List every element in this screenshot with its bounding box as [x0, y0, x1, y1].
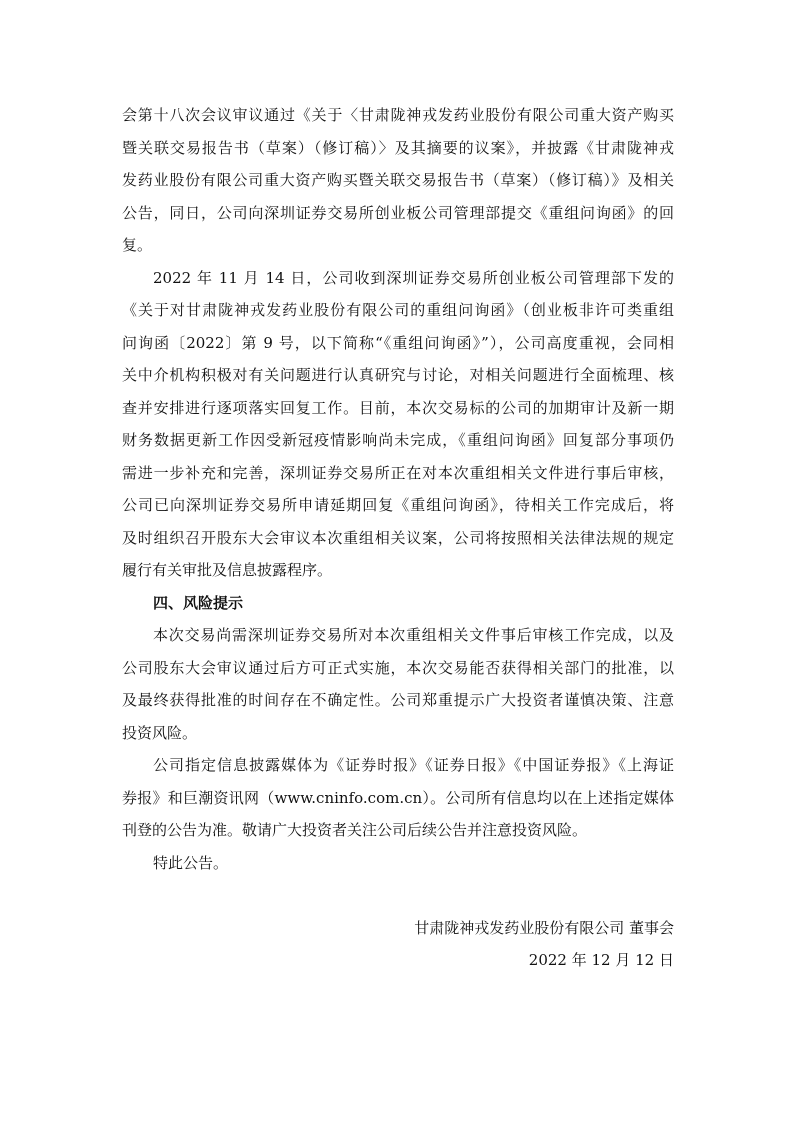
text-line: 公司已向深圳证券交易所申请延期回复《重组问询函》，待相关工作完成后，将: [122, 489, 674, 522]
text-line: 《关于对甘肃陇神戎发药业股份有限公司的重组问询函》（创业板非许可类重组: [122, 294, 674, 327]
text-line: 刊登的公告为准。敬请广大投资者关注公司后续公告并注意投资风险。: [122, 814, 674, 847]
text-line: 公告，同日，公司向深圳证券交易所创业板公司管理部提交《重组问询函》的回: [122, 197, 674, 230]
closing-statement: 特此公告。: [122, 847, 674, 880]
document-page: 会第十八次会议审议通过《关于〈甘肃陇神戎发药业股份有限公司重大资产购买 暨关联交…: [0, 0, 793, 1122]
signature-block: 甘肃陇神戎发药业股份有限公司 董事会 2022 年 12 月 12 日: [122, 912, 674, 977]
text-line: 2022 年 11 月 14 日，公司收到深圳证券交易所创业板公司管理部下发的: [122, 262, 674, 295]
signature-issuer: 甘肃陇神戎发药业股份有限公司 董事会: [122, 912, 674, 945]
text-line: 财务数据更新工作因受新冠疫情影响尚未完成，《重组问询函》回复部分事项仍: [122, 424, 674, 457]
signature-date: 2022 年 12 月 12 日: [122, 944, 674, 977]
section-heading-risk: 四、风险提示: [122, 587, 674, 620]
text-line: 需进一步补充和完善，深圳证券交易所正在对本次重组相关文件进行事后审核，: [122, 457, 674, 490]
text-line: 及时组织召开股东大会审议本次重组相关议案，公司将按照相关法律法规的规定: [122, 522, 674, 555]
paragraph-continuation: 会第十八次会议审议通过《关于〈甘肃陇神戎发药业股份有限公司重大资产购买 暨关联交…: [122, 99, 674, 262]
text-line: 券报》和巨潮资讯网（www.cninfo.com.cn）。公司所有信息均以在上述…: [122, 782, 674, 815]
text-line: 问询函〔2022〕第 9 号，以下简称“《重组问询函》”），公司高度重视，会同相: [122, 327, 674, 360]
text-line: 投资风险。: [122, 717, 674, 750]
text-line: 及最终获得批准的时间存在不确定性。公司郑重提示广大投资者谨慎决策、注意: [122, 684, 674, 717]
text-line: 关中介机构积极对有关问题进行认真研究与讨论，对相关问题进行全面梳理、核: [122, 359, 674, 392]
text-line: 发药业股份有限公司重大资产购买暨关联交易报告书（草案）（修订稿）》及相关: [122, 164, 674, 197]
paragraph-disclosure-media: 公司指定信息披露媒体为《证券时报》《证券日报》《中国证券报》《上海证 券报》和巨…: [122, 749, 674, 847]
paragraph-inquiry-letter: 2022 年 11 月 14 日，公司收到深圳证券交易所创业板公司管理部下发的 …: [122, 262, 674, 587]
text-line: 公司指定信息披露媒体为《证券时报》《证券日报》《中国证券报》《上海证: [122, 749, 674, 782]
text-line: 查并安排进行逐项落实回复工作。目前，本次交易标的公司的加期审计及新一期: [122, 392, 674, 425]
text-line: 复。: [122, 229, 674, 262]
paragraph-risk: 本次交易尚需深圳证券交易所对本次重组相关文件事后审核工作完成，以及 公司股东大会…: [122, 619, 674, 749]
document-body: 会第十八次会议审议通过《关于〈甘肃陇神戎发药业股份有限公司重大资产购买 暨关联交…: [122, 99, 674, 977]
text-line: 暨关联交易报告书（草案）（修订稿）〉及其摘要的议案》，并披露《甘肃陇神戎: [122, 132, 674, 165]
spacer: [122, 879, 674, 912]
text-line: 履行有关审批及信息披露程序。: [122, 554, 674, 587]
text-line: 会第十八次会议审议通过《关于〈甘肃陇神戎发药业股份有限公司重大资产购买: [122, 99, 674, 132]
text-line: 本次交易尚需深圳证券交易所对本次重组相关文件事后审核工作完成，以及: [122, 619, 674, 652]
text-line: 公司股东大会审议通过后方可正式实施，本次交易能否获得相关部门的批准，以: [122, 652, 674, 685]
